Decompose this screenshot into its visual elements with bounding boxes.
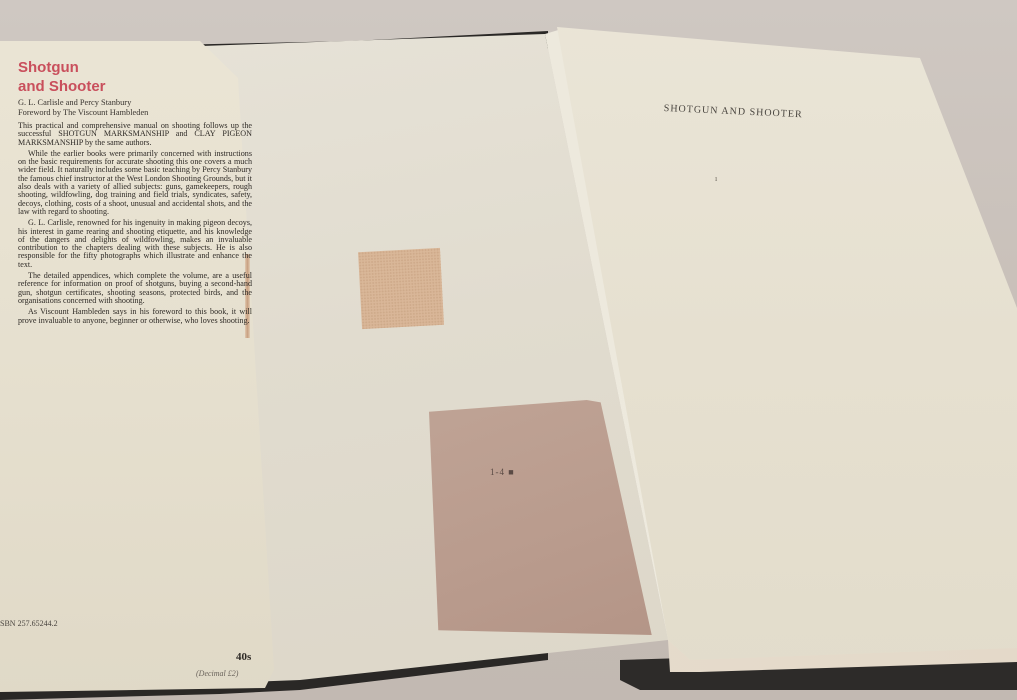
flap-content: Shotgun and Shooter G. L. Carlisle and P… (10, 60, 272, 328)
pasted-patch-small (358, 248, 444, 329)
flap-isbn: SBN 257.65244.2 (0, 619, 58, 628)
blurb-paragraph: G. L. Carlisle, renowned for his ingenui… (18, 219, 252, 269)
blurb-paragraph: While the earlier books were primarily c… (18, 150, 252, 216)
page-mark: ı (715, 174, 717, 183)
flap-decimal-price: (Decimal £2) (196, 669, 238, 678)
flap-title-line1: Shotgun (18, 60, 272, 75)
blurb-paragraph: As Viscount Hambleden says in his forewo… (18, 308, 252, 325)
flap-blurb: This practical and comprehensive manual … (18, 122, 252, 325)
flap-foreword: Foreword by The Viscount Hambleden (18, 108, 272, 117)
blurb-paragraph: The detailed appendices, which complete … (18, 272, 252, 305)
flap-title-line2: and Shooter (18, 79, 272, 94)
flap-authors: G. L. Carlisle and Percy Stanbury (18, 98, 272, 107)
flap-price: 40s (236, 651, 251, 663)
patch-pencil-mark: 1-4 ■ (490, 467, 515, 477)
blurb-paragraph: This practical and comprehensive manual … (18, 122, 252, 147)
